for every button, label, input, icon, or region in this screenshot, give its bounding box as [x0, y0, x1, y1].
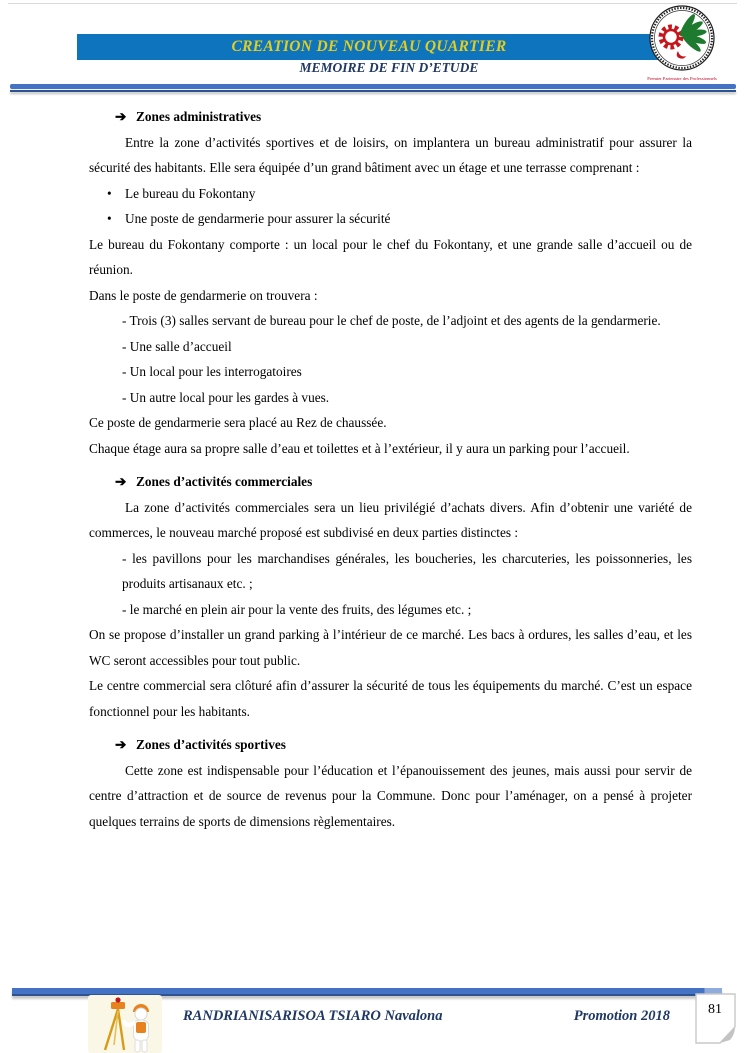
- paragraph: Chaque étage aura sa propre salle d’eau …: [89, 436, 692, 462]
- bullet-item: •Une poste de gendarmerie pour assurer l…: [107, 206, 692, 232]
- surveyor-illustration-icon: [88, 995, 162, 1053]
- heading-label: Zones d’activités commerciales: [136, 474, 312, 489]
- dash-item: - les pavillons pour les marchandises gé…: [122, 546, 692, 597]
- bullet-item: •Le bureau du Fokontany: [107, 181, 692, 207]
- paragraph: La zone d’activités commerciales sera un…: [89, 495, 692, 546]
- arrow-icon: ➔: [115, 104, 136, 130]
- bullet-text: Une poste de gendarmerie pour assurer la…: [125, 211, 390, 226]
- paragraph: On se propose d’installer un grand parki…: [89, 622, 692, 673]
- header-subtitle: MEMOIRE DE FIN D’ETUDE: [77, 60, 661, 76]
- section-heading-commerciales: ➔Zones d’activités commerciales: [115, 469, 692, 495]
- paragraph: Dans le poste de gendarmerie on trouvera…: [89, 283, 692, 309]
- page-number: 81: [708, 1002, 722, 1017]
- paragraph: Ce poste de gendarmerie sera placé au Re…: [89, 410, 692, 436]
- dash-item: - le marché en plein air pour la vente d…: [122, 597, 692, 623]
- page-number-box: 81: [695, 993, 737, 1045]
- footer-promotion: Promotion 2018: [574, 1008, 670, 1025]
- header-rule-thin: [10, 90, 736, 92]
- dash-item: - Une salle d’accueil: [122, 334, 692, 360]
- bullet-icon: •: [107, 181, 125, 207]
- arrow-icon: ➔: [115, 732, 136, 758]
- dash-item: - Un autre local pour les gardes à vues.: [122, 385, 692, 411]
- dash-item: - Un local pour les interrogatoires: [122, 359, 692, 385]
- document-page: CREATION DE NOUVEAU QUARTIER MEMOIRE DE …: [0, 0, 745, 1053]
- dash-item: - Trois (3) salles servant de bureau pou…: [89, 308, 692, 334]
- paragraph: Cette zone est indispensable pour l’éduc…: [89, 758, 692, 835]
- header-banner: CREATION DE NOUVEAU QUARTIER: [77, 34, 661, 60]
- document-body: ➔Zones administratives Entre la zone d’a…: [89, 104, 692, 834]
- page-top-edge: [8, 3, 737, 4]
- bullet-text: Le bureau du Fokontany: [125, 186, 255, 201]
- school-logo-icon: Premier Partenaire des Professionnels: [645, 2, 719, 84]
- paragraph: Entre la zone d’activités sportives et d…: [89, 130, 692, 181]
- paragraph: Le bureau du Fokontany comporte : un loc…: [89, 232, 692, 283]
- header-rule: [10, 84, 736, 92]
- section-heading-sportives: ➔Zones d’activités sportives: [115, 732, 692, 758]
- heading-label: Zones d’activités sportives: [136, 737, 286, 752]
- footer-author: RANDRIANISARISOA TSIARO Navalona: [183, 1008, 442, 1025]
- paragraph: Le centre commercial sera clôturé afin d…: [89, 673, 692, 724]
- banner-title: CREATION DE NOUVEAU QUARTIER: [232, 38, 507, 56]
- heading-label: Zones administratives: [136, 109, 261, 124]
- arrow-icon: ➔: [115, 469, 136, 495]
- section-heading-administratives: ➔Zones administratives: [115, 104, 692, 130]
- bullet-icon: •: [107, 206, 125, 232]
- logo-caption: Premier Partenaire des Professionnels: [647, 76, 717, 81]
